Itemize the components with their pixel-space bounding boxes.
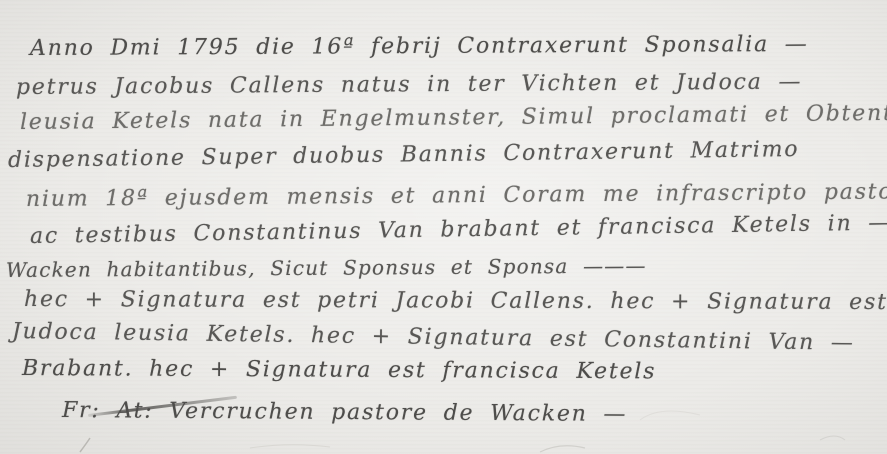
manuscript-line: hec + Signatura est petri Jacobi Callens… bbox=[24, 287, 887, 315]
manuscript-line: leusia Ketels nata in Engelmunster, Simu… bbox=[20, 101, 887, 135]
manuscript-page: Anno Dmi 1795 die 16ª febrij Contraxerun… bbox=[0, 0, 887, 454]
manuscript-line: ac testibus Constantinus Van brabant et … bbox=[30, 210, 887, 249]
manuscript-line: Judoca leusia Ketels. hec + Signatura es… bbox=[12, 319, 855, 356]
manuscript-line: petrus Jacobus Callens natus in ter Vich… bbox=[16, 70, 802, 100]
manuscript-line: Wacken habitantibus, Sicut Sponsus et Sp… bbox=[6, 254, 647, 282]
manuscript-line: nium 18ª ejusdem mensis et anni Coram me… bbox=[26, 179, 887, 212]
manuscript-line: Brabant. hec + Signatura est francisca K… bbox=[22, 356, 656, 384]
manuscript-line: dispensatione Super duobus Bannis Contra… bbox=[8, 137, 800, 173]
signature-line: Fr: At: Vercruchen pastore de Wacken — bbox=[62, 398, 627, 427]
manuscript-line: Anno Dmi 1795 die 16ª febrij Contraxerun… bbox=[30, 32, 809, 61]
